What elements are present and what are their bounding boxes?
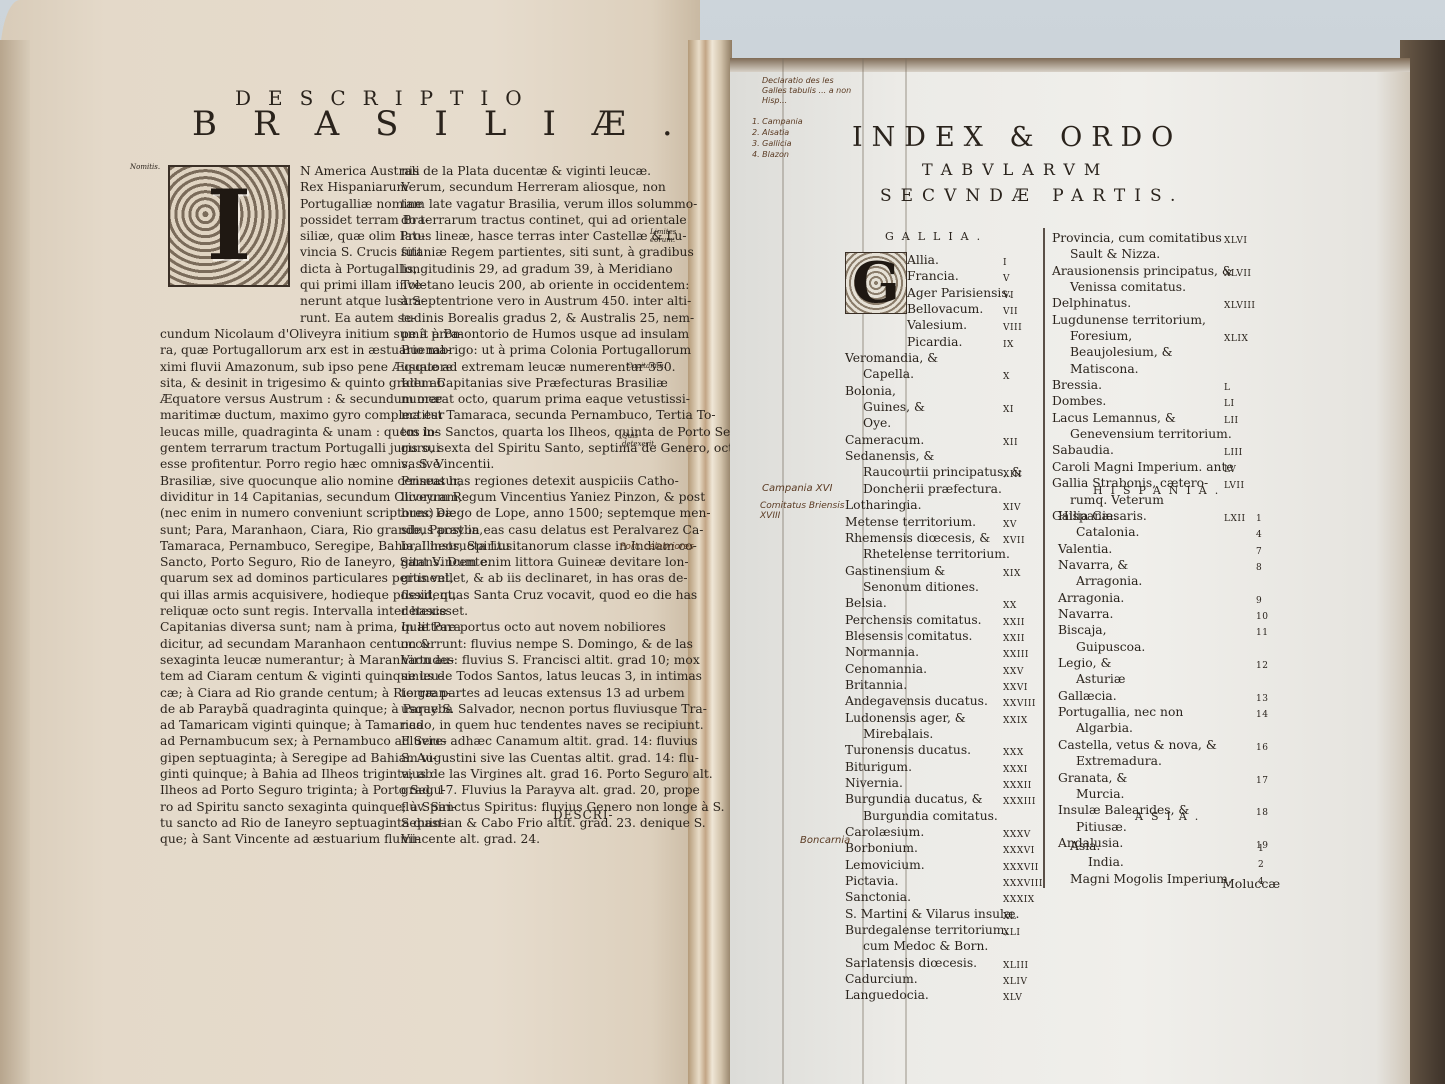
- index-entry: Asia.1: [1070, 838, 1270, 854]
- entry-name: Blesensis comitatus.: [845, 629, 972, 643]
- catchword: DESCRI-: [553, 808, 614, 822]
- entry-name: Sault & Nizza.: [1052, 247, 1160, 261]
- index-entry: Sedanensis, &: [845, 448, 1040, 464]
- index-entry: Legio, &12: [1058, 655, 1268, 671]
- text-line: sitaniæ Regem partientes, siti sunt, à g…: [401, 244, 651, 260]
- index-entry: Gastinensium &XIX: [845, 563, 1040, 579]
- handwritten-note-margin: Boncarnia: [800, 835, 850, 846]
- index-entry: Foresium,XLIX: [1052, 328, 1262, 344]
- entry-name: Catalonia.: [1058, 525, 1139, 539]
- index-entry: Doncherii præfectura.: [845, 481, 1040, 497]
- text-line: occurrunt: fluvius nempe S. Domingo, & d…: [401, 636, 651, 652]
- index-entry: Provincia, cum comitatibusXLVI: [1052, 230, 1262, 246]
- index-entry: Pictavia.XXXVIII: [845, 873, 1040, 889]
- text-line: maritimæ ductum, maximo gyro complectitu…: [160, 407, 395, 423]
- index-entry: Mirebalais.: [845, 726, 1040, 742]
- text-line: terræ partes ad leucas extensus 13 ad ur…: [401, 685, 651, 701]
- entry-name: Rhemensis diœcesis, &: [845, 531, 990, 545]
- text-line: sunt; Para, Maranhaon, Ciara, Rio grande…: [160, 522, 395, 538]
- text-line: dividitur in 14 Capitanias, secundum Oli…: [160, 489, 395, 505]
- entry-name: Valesium.: [845, 318, 967, 332]
- entry-name: Magni Mogolis Imperium.: [1070, 872, 1232, 886]
- index-entry: Bressia.L: [1052, 377, 1262, 393]
- index-entry: Picardia.IX: [845, 334, 1040, 350]
- entry-name: Asia.: [1070, 839, 1100, 853]
- text-line: Buenabrigo: ut à prima Colonia Portugall…: [401, 342, 651, 358]
- index-entry: Venissa comitatus.: [1052, 279, 1262, 295]
- entry-name: Matiscona.: [1052, 362, 1139, 376]
- text-line: ro ad Spiritu sancto sexaginta quinque; …: [160, 799, 395, 815]
- text-line: qui illas armis acquisivere, hodieque po…: [160, 587, 395, 603]
- index-entry: Ludonensis ager, &XXIX: [845, 710, 1040, 726]
- entry-name: Valentia.: [1058, 542, 1112, 556]
- index-entry: Algarbia.: [1058, 720, 1268, 736]
- text-line: tos los Sanctos, quarta los Ilheos, quin…: [401, 424, 651, 440]
- text-line: dicta à Portugallis,: [160, 261, 395, 277]
- text-line: leucas mille, quadraginta & unam : quem …: [160, 424, 395, 440]
- text-line: ma est Tamaraca, secunda Pernambuco, Ter…: [401, 407, 651, 423]
- index-entry: Genevensium territorium.: [1052, 426, 1262, 442]
- entry-name: Legio, &: [1058, 656, 1111, 670]
- text-line: gius vellet, & ab iis declinaret, in has…: [401, 570, 651, 586]
- text-line: que; à Sant Vincente ad æstuarium flumi-: [160, 831, 395, 847]
- entry-name: Allia.: [845, 253, 939, 267]
- catchword-right: Moluccæ: [1222, 876, 1280, 891]
- entry-name: Navarra.: [1058, 607, 1113, 621]
- index-entry: Andegavensis ducatus.XXVIII: [845, 693, 1040, 709]
- entry-name: Turonensis ducatus.: [845, 743, 971, 757]
- entry-name: Veromandia, &: [845, 351, 938, 365]
- entry-name: Castella, vetus & nova, &: [1058, 738, 1217, 752]
- margin-note: Quis detexerit.: [622, 432, 650, 448]
- right-title-line3: SECVNDÆ PARTIS.: [880, 186, 1184, 206]
- index-entry: S. Martini & Vilarus insulæ.XL: [845, 906, 1040, 922]
- index-entry: Guipuscoa.: [1058, 639, 1268, 655]
- entry-name: Sanctonia.: [845, 890, 911, 904]
- entry-name: India.: [1070, 855, 1124, 869]
- index-entry: Burgundia ducatus, &XXXIII: [845, 791, 1040, 807]
- text-line: siliæ, quæ olim Pro-: [160, 228, 395, 244]
- text-line: numerat octo, quarum prima eaque vetusti…: [401, 391, 651, 407]
- index-entry: Burdegalense territorium,XLI: [845, 922, 1040, 938]
- text-line: dicitur, ad secundam Maranhaon centum &: [160, 636, 395, 652]
- index-entry: Turonensis ducatus.XXX: [845, 742, 1040, 758]
- text-line: tu sancto ad Rio de Ianeyro septuaginta …: [160, 815, 395, 831]
- text-line: ad Tamaricam viginti quinque; à Tamarica: [160, 717, 395, 733]
- index-entry: Normannia.XXIII: [845, 644, 1040, 660]
- burnt-top-edge: [730, 58, 1410, 72]
- entry-name: Picardia.: [845, 335, 962, 349]
- index-entry: Extremadura.: [1058, 753, 1268, 769]
- index-entry: Lugdunense territorium,: [1052, 312, 1262, 328]
- text-line: va S. Vincentii.: [401, 456, 651, 472]
- entry-name: Cadurcium.: [845, 972, 918, 986]
- text-line: Primus has regiones detexit auspiciis Ca…: [401, 473, 651, 489]
- text-line: Vincente alt. grad. 24.: [401, 831, 651, 847]
- text-line: Æquatore versus Austrum : & secundum oræ: [160, 391, 395, 407]
- index-entry: Sarlatensis diœcesis.XLIII: [845, 955, 1040, 971]
- entry-name: Doncherii præfectura.: [845, 482, 1002, 496]
- index-entry: Sabaudia.LIII: [1052, 442, 1262, 458]
- text-line: tem ad Ciaram centum & viginti quinque l…: [160, 668, 395, 684]
- entry-name: Gastinensium &: [845, 564, 945, 578]
- text-line: gentem terrarum tractum Portugalli juris…: [160, 440, 395, 456]
- margin-note: Limites eorum.: [650, 228, 676, 244]
- text-line: guro, sexta del Spiritu Santo, septima d…: [401, 440, 651, 456]
- entry-name: Lotharingia.: [845, 498, 922, 512]
- entry-name: Andegavensis ducatus.: [845, 694, 988, 708]
- index-entry: Dombes.LI: [1052, 393, 1262, 409]
- text-line: nerunt atque lustra-: [160, 293, 395, 309]
- text-line: gitans. Dum enim littora Guineæ devitare…: [401, 554, 651, 570]
- entry-name: Delphinatus.: [1052, 296, 1131, 310]
- entry-name: Senonum ditiones.: [845, 580, 979, 594]
- entry-name: Lacus Lemannus, &: [1052, 411, 1176, 425]
- entry-name: Borbonium.: [845, 841, 918, 855]
- entry-name: cum Medoc & Born.: [845, 939, 988, 953]
- index-entry: India.2: [1070, 854, 1270, 870]
- index-entry: Beaujolesium, &: [1052, 344, 1262, 360]
- column-divider: [1043, 228, 1045, 888]
- index-entry: Bolonia,: [845, 383, 1040, 399]
- text-line: nis de la Plata ducentæ & viginti leucæ.: [401, 163, 651, 179]
- entry-name: Capella.: [845, 367, 914, 381]
- handwritten-note: 4. Blazon: [752, 150, 789, 159]
- entry-name: Granata, &: [1058, 771, 1127, 785]
- entry-number: XLV: [1003, 990, 1022, 1006]
- entry-name: Pitiusæ.: [1058, 820, 1127, 834]
- index-entry: Cenomannia.XXV: [845, 661, 1040, 677]
- entry-name: Portugallia, nec non: [1058, 705, 1183, 719]
- text-line: vincia S. Crucis fuit: [160, 244, 395, 260]
- text-line: (nec enim in numero conveniunt scriptore…: [160, 505, 395, 521]
- handwritten-note: 1. Campania: [752, 117, 803, 126]
- index-entry: Navarra.10: [1058, 606, 1268, 622]
- hispania-list: Hispania.1Catalonia.4Valentia.7Navarra, …: [1058, 508, 1268, 851]
- entry-name: Biturigum.: [845, 760, 912, 774]
- text-line: qui primi illam inve-: [160, 277, 395, 293]
- text-line: Toletano leucis 200, ab oriente in occid…: [401, 277, 651, 293]
- index-entry: Borbonium.XXXVI: [845, 840, 1040, 856]
- index-entry: Caroli Magni Imperium. anteLV: [1052, 459, 1262, 475]
- entry-name: Metense territorium.: [845, 515, 976, 529]
- entry-name: Francia.: [845, 269, 959, 283]
- entry-name: Navarra, &: [1058, 558, 1128, 572]
- text-line: esse profitentur. Porro regio hæc omnis,…: [160, 456, 395, 472]
- entry-name: Nivernia.: [845, 776, 903, 790]
- page-fold: [782, 58, 784, 1084]
- section-heading-gallia: GALLIA.: [885, 230, 988, 243]
- index-entry: Rhetelense territorium.: [845, 546, 1040, 562]
- index-entry: Gallæcia.13: [1058, 688, 1268, 704]
- index-entry: Allia.I: [845, 252, 1040, 268]
- index-entry: Sault & Nizza.: [1052, 246, 1262, 262]
- index-entry: Metense territorium.XV: [845, 514, 1040, 530]
- index-entry: Ager Parisiensis.VI: [845, 285, 1040, 301]
- index-entry: Murcia.: [1058, 786, 1268, 802]
- index-entry: Senonum ditiones.: [845, 579, 1040, 595]
- text-line: Virtudes: fluvius S. Francisci altit. gr…: [401, 652, 651, 668]
- text-line: à Septentrione vero in Austrum 450. inte…: [401, 293, 651, 309]
- gallia-list-col1: Allia.IFrancia.VAger Parisiensis.VIBello…: [845, 252, 1040, 1004]
- text-line: N America Australi: [160, 163, 395, 179]
- entry-name: Arausionensis principatus, &: [1052, 264, 1233, 278]
- entry-name: Oye.: [845, 416, 891, 430]
- entry-name: Ager Parisiensis.: [845, 286, 1012, 300]
- section-heading-hispania: HISPANIA.: [1093, 484, 1226, 497]
- text-line: flexit, quas Santa Cruz vocavit, quod eo…: [401, 587, 651, 603]
- entry-name: Sabaudia.: [1052, 443, 1114, 457]
- left-title-line2: BRASILIÆ.: [192, 104, 709, 144]
- index-entry: Nivernia.XXXII: [845, 775, 1040, 791]
- index-entry: Rhemensis diœcesis, &XVII: [845, 530, 1040, 546]
- text-line: quarum sex ad dominos particulares perti…: [160, 570, 395, 586]
- handwritten-note-top: Declaratio des les Galles tabulis ... a …: [762, 76, 857, 106]
- text-line: Portugalliæ nomine: [160, 196, 395, 212]
- entry-name: Arragonia.: [1058, 574, 1142, 588]
- section-heading-asia: ASIA.: [1135, 810, 1206, 823]
- left-column-1: N America AustraliRex HispaniarumPortuga…: [160, 163, 395, 847]
- index-entry: cum Medoc & Born.: [845, 938, 1040, 954]
- text-line: Tamaraca, Pernambuco, Seregipe, Bahia, I…: [160, 538, 395, 554]
- entry-name: Britannia.: [845, 678, 907, 692]
- entry-name: Sarlatensis diœcesis.: [845, 956, 977, 970]
- entry-name: Burgundia ducatus, &: [845, 792, 983, 806]
- handwritten-note: Port. celebriores: [620, 542, 694, 552]
- text-line: ad Pernambucum sex; à Pernambuco ad Sere…: [160, 733, 395, 749]
- index-entry: Catalonia.4: [1058, 524, 1268, 540]
- index-entry: Arausionensis principatus, &XLVII: [1052, 263, 1262, 279]
- text-line: bral instructa Lusitanorum classe in Ind…: [401, 538, 651, 554]
- text-line: Verum, secundum Herreram aliosque, non: [401, 179, 651, 195]
- entry-name: Caroli Magni Imperium. ante: [1052, 460, 1234, 474]
- text-line: nado, in quem huc tendentes naves se rec…: [401, 717, 651, 733]
- entry-name: Carolæsium.: [845, 825, 924, 839]
- text-line: Fluvius adhæc Canamum altit. grad. 14: f…: [401, 733, 651, 749]
- index-entry: Delphinatus.XLVIII: [1052, 295, 1262, 311]
- entry-name: Normannia.: [845, 645, 919, 659]
- entry-name: Sedanensis, &: [845, 449, 934, 463]
- entry-name: Guines, &: [845, 400, 925, 414]
- index-entry: Lacus Lemannus, &LII: [1052, 410, 1262, 426]
- entry-name: Raucourtii principatus, &: [845, 465, 1022, 479]
- entry-name: Foresium,: [1052, 329, 1132, 343]
- text-line: ximi fluvii Amazonum, sub ipso pene Æqua…: [160, 359, 395, 375]
- index-entry: Biturigum.XXXI: [845, 759, 1040, 775]
- text-line: Idem Capitanias sive Præfecturas Brasili…: [401, 375, 651, 391]
- index-entry: Navarra, &8: [1058, 557, 1268, 573]
- entry-name: Burdegalense territorium,: [845, 923, 1008, 937]
- entry-name: Bellovacum.: [845, 302, 983, 316]
- gallia-list-col2: Provincia, cum comitatibusXLVISault & Ni…: [1052, 230, 1262, 524]
- text-line: Brasiliæ, sive quocunque alio nomine cen…: [160, 473, 395, 489]
- index-entry: Burgundia comitatus.: [845, 808, 1040, 824]
- entry-name: Rhetelense territorium.: [845, 547, 1010, 561]
- entry-name: Dombes.: [1052, 394, 1106, 408]
- text-line: Ilheos ad Porto Seguro triginta; à Porto…: [160, 782, 395, 798]
- text-line: grad. 17. Fluvius la Parayva alt. grad. …: [401, 782, 651, 798]
- text-line: licorum Regum Vincentius Yaniez Pinzon, …: [401, 489, 651, 505]
- entry-name: Murcia.: [1058, 787, 1124, 801]
- index-entry: Matiscona.: [1052, 361, 1262, 377]
- entry-name: Provincia, cum comitatibus: [1052, 231, 1222, 245]
- index-entry: Sanctonia.XXXIX: [845, 889, 1040, 905]
- entry-name: Extremadura.: [1058, 754, 1162, 768]
- index-entry: Perchensis comitatus.XXII: [845, 612, 1040, 628]
- entry-name: Genevensium territorium.: [1052, 427, 1232, 441]
- entry-name: Burgundia comitatus.: [845, 809, 998, 823]
- entry-name: Pictavia.: [845, 874, 899, 888]
- index-entry: Languedocia.XLV: [845, 987, 1040, 1003]
- right-title-line2: TABVLARVM: [922, 160, 1109, 179]
- index-entry: Britannia.XXVI: [845, 677, 1040, 693]
- index-entry: Blesensis comitatus.XXII: [845, 628, 1040, 644]
- text-line: Sancto, Porto Seguro, Rio de Ianeyro, Sa…: [160, 554, 395, 570]
- entry-name: Perchensis comitatus.: [845, 613, 982, 627]
- entry-name: Algarbia.: [1058, 721, 1133, 735]
- text-line: detexisset.: [401, 603, 651, 619]
- margin-note: Capitaniæ.: [627, 362, 666, 370]
- index-entry: Veromandia, &: [845, 350, 1040, 366]
- index-entry: Cameracum.XII: [845, 432, 1040, 448]
- text-line: S. Augustini sive las Cuentas altit. gra…: [401, 750, 651, 766]
- text-line: cæ; à Ciara ad Rio grande centum; à Rio …: [160, 685, 395, 701]
- text-line: In littore portus octo aut novem nobilio…: [401, 619, 651, 635]
- entry-name: Guipuscoa.: [1058, 640, 1145, 654]
- index-entry: Portugallia, nec non14: [1058, 704, 1268, 720]
- index-entry: Francia.V: [845, 268, 1040, 284]
- index-entry: Belsia.XX: [845, 595, 1040, 611]
- index-entry: Hispania.1: [1058, 508, 1268, 524]
- entry-name: Cenomannia.: [845, 662, 927, 676]
- text-line: usque S. Salvador, necnon portus fluvius…: [401, 701, 651, 717]
- index-entry: Capella.X: [845, 366, 1040, 382]
- index-entry: Bellovacum.VII: [845, 301, 1040, 317]
- index-entry: Lotharingia.XIV: [845, 497, 1040, 513]
- text-line: do terrarum tractus continet, qui ad ori…: [401, 212, 651, 228]
- entry-name: Ludonensis ager, &: [845, 711, 966, 725]
- index-entry: Asturiæ: [1058, 671, 1268, 687]
- text-line: usque ad extremam leucæ numerentur 350.: [401, 359, 651, 375]
- entry-name: S. Martini & Vilarus insulæ.: [845, 907, 1019, 921]
- entry-name: Biscaja,: [1058, 623, 1107, 637]
- entry-name: Lugdunense territorium,: [1052, 313, 1206, 327]
- entry-name: Asturiæ: [1058, 672, 1125, 686]
- entry-name: Arragonia.: [1058, 591, 1124, 605]
- text-line: vius de las Virgines alt. grad 16. Porto…: [401, 766, 651, 782]
- text-line: ra, quæ Portugallorum arx est in æstuari…: [160, 342, 395, 358]
- index-entry: Cadurcium.XLIV: [845, 971, 1040, 987]
- entry-name: Bolonia,: [845, 384, 896, 398]
- text-line: runt. Ea autem se-: [160, 310, 395, 326]
- entry-name: Venissa comitatus.: [1052, 280, 1186, 294]
- text-line: possidet terram Bra-: [160, 212, 395, 228]
- text-line: gipen septuaginta; à Seregipe ad Bahiam …: [160, 750, 395, 766]
- text-line: longitudinis 29, ad gradum 39, à Meridia…: [401, 261, 651, 277]
- entry-name: Belsia.: [845, 596, 887, 610]
- index-entry: Guines, &XI: [845, 399, 1040, 415]
- entry-name: Lemovicium.: [845, 858, 925, 872]
- entry-name: Gallæcia.: [1058, 689, 1117, 703]
- text-line: tam late vagatur Brasilia, verum illos s…: [401, 196, 651, 212]
- text-line: reliquæ octo sunt regis. Intervalla inte…: [160, 603, 395, 619]
- text-line: sita, & desinit in trigesimo & quinto gr…: [160, 375, 395, 391]
- handwritten-note-margin: Campania XVI: [762, 483, 832, 494]
- margin-note-top: Nomitis.: [130, 163, 160, 171]
- entry-name: Beaujolesium, &: [1052, 345, 1173, 359]
- index-entry: Castella, vetus & nova, &16: [1058, 737, 1268, 753]
- index-entry: Oye.: [845, 415, 1040, 431]
- handwritten-note: 3. Gallicia: [752, 139, 791, 148]
- text-line: de ab Paraybã quadraginta quinque; à Par…: [160, 701, 395, 717]
- index-entry: Arragonia.: [1058, 573, 1268, 589]
- text-line: sibus post in eas casu delatus est Peral…: [401, 522, 651, 538]
- text-line: sexaginta leucæ numerantur; à Maranhaon …: [160, 652, 395, 668]
- entry-name: Languedocia.: [845, 988, 929, 1002]
- text-line: Rex Hispaniarum: [160, 179, 395, 195]
- text-line: cundum Nicolaum d'Oliveyra initium sumit…: [160, 326, 395, 342]
- text-line: tudinis Borealis gradus 2, & Australis 2…: [401, 310, 651, 326]
- index-entry: Arragonia.9: [1058, 590, 1268, 606]
- index-entry: Carolæsium.XXXV: [845, 824, 1040, 840]
- entry-name: Bressia.: [1052, 378, 1102, 392]
- text-line: pe à promontorio de Humos usque ad insul…: [401, 326, 651, 342]
- text-line: hunc Diego de Lope, anno 1500; septemque…: [401, 505, 651, 521]
- text-line: Capitanias diversa sunt; nam à prima, qu…: [160, 619, 395, 635]
- index-entry: Lemovicium.XXXVII: [845, 857, 1040, 873]
- entry-name: Cameracum.: [845, 433, 924, 447]
- index-entry: Biscaja,11: [1058, 622, 1268, 638]
- entry-name: Hispania.: [1058, 509, 1117, 523]
- page-edge: [0, 40, 30, 1084]
- index-entry: Valentia.7: [1058, 541, 1268, 557]
- text-line: sinus de Todos Santos, latus leucas 3, i…: [401, 668, 651, 684]
- text-line: latus lineæ, hasce terras inter Castellæ…: [401, 228, 651, 244]
- left-column-2: nis de la Plata ducentæ & viginti leucæ.…: [401, 163, 651, 847]
- text-line: ginti quinque; à Bahia ad Ilheos trigint…: [160, 766, 395, 782]
- index-entry: Valesium.VIII: [845, 317, 1040, 333]
- index-entry: Granata, &17: [1058, 770, 1268, 786]
- index-entry: Raucourtii principatus, &XIII: [845, 464, 1040, 480]
- right-title-line1: INDEX & ORDO: [852, 122, 1182, 153]
- handwritten-note: 2. Alsatia: [752, 128, 789, 137]
- handwritten-note-margin: Comitatus Briensis XVIII: [760, 501, 845, 521]
- entry-name: Mirebalais.: [845, 727, 933, 741]
